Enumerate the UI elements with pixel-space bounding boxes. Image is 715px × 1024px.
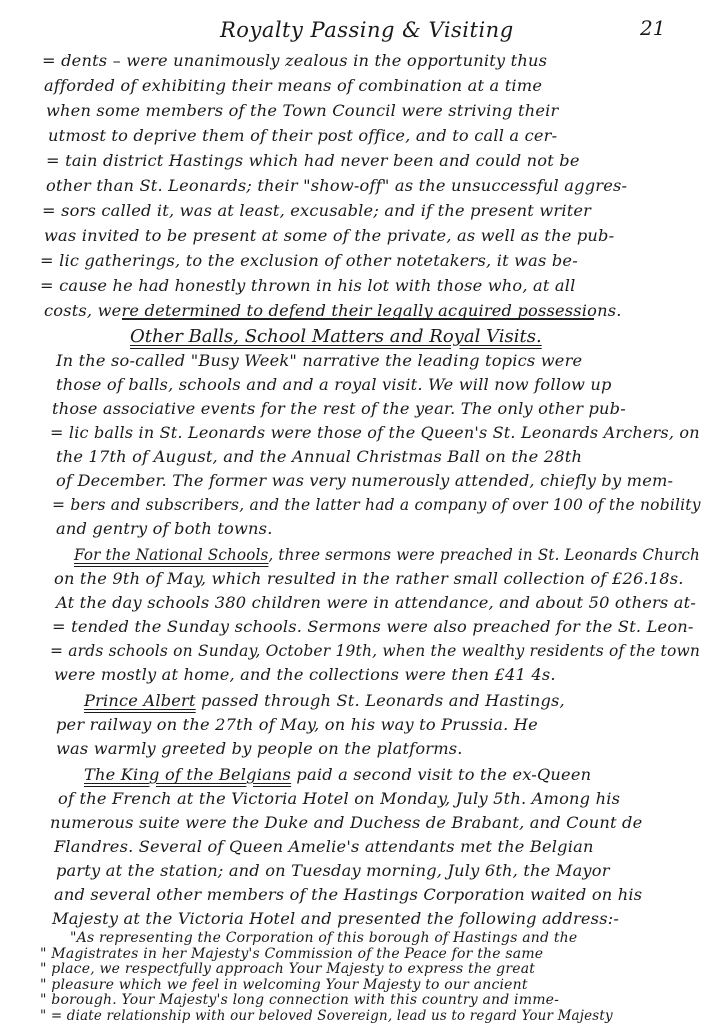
text-line: = tended the Sunday schools. Sermons wer… [52,616,694,638]
text-span: passed through St. Leonards and Hastings… [196,691,565,710]
text-line: utmost to deprive them of their post off… [48,125,557,147]
text-line: = lic gatherings, to the exclusion of ot… [40,250,578,272]
text-line: At the day schools 380 children were in … [56,592,696,614]
text-line: = lic balls in St. Leonards were those o… [50,422,700,444]
text-line: the 17th of August, and the Annual Chris… [56,446,582,468]
text-line: were mostly at home, and the collections… [54,664,556,686]
text-line: party at the station; and on Tuesday mor… [56,860,610,882]
text-line: Prince Albert passed through St. Leonard… [84,690,565,712]
underlined-lead: For the National Schools [74,545,268,564]
text-line: Flandres. Several of Queen Amelie's atte… [54,836,594,858]
text-line: = dents – were unanimously zealous in th… [42,50,547,72]
text-line: In the so-called "Busy Week" narrative t… [56,350,582,372]
text-line: per railway on the 27th of May, on his w… [56,714,538,736]
text-line: For the National Schools, three sermons … [74,544,700,566]
underlined-lead: The King of the Belgians [84,765,291,784]
text-line: of December. The former was very numerou… [56,470,673,492]
manuscript-page: Royalty Passing & Visiting 21 = dents – … [0,0,715,1024]
text-line: numerous suite were the Duke and Duchess… [50,812,642,834]
text-line: = ards schools on Sunday, October 19th, … [50,640,700,662]
text-line: and several other members of the Hasting… [54,884,642,906]
text-line: = sors called it, was at least, excusabl… [42,200,591,222]
section-divider [122,318,594,320]
text-line: = bers and subscribers, and the latter h… [52,494,701,516]
page-number: 21 [640,16,665,40]
text-line: = tain district Hastings which had never… [46,150,580,172]
text-line: was invited to be present at some of the… [44,225,614,247]
text-line: when some members of the Town Council we… [46,100,558,122]
text-line: "As representing the Corporation of this… [70,930,577,946]
text-line: other than St. Leonards; their "show-off… [46,175,627,197]
text-span: , three sermons were preached in St. Leo… [268,545,699,564]
text-line: was warmly greeted by people on the plat… [56,738,463,760]
text-line: Majesty at the Victoria Hotel and presen… [52,908,619,930]
underlined-lead: Prince Albert [84,691,196,710]
text-line: those of balls, schools and and a royal … [56,374,612,396]
text-line: " borough. Your Majesty's long connectio… [40,992,559,1008]
text-line: and gentry of both towns. [56,518,273,540]
text-line: " = diate relationship with our beloved … [40,1008,613,1024]
text-line: The King of the Belgians paid a second v… [84,764,591,786]
text-line: = cause he had honestly thrown in his lo… [40,275,576,297]
text-line: afforded of exhibiting their means of co… [44,75,542,97]
text-line: those associative events for the rest of… [52,398,626,420]
text-line: " pleasure which we feel in welcoming Yo… [40,977,528,993]
text-line: " Magistrates in her Majesty's Commissio… [40,946,543,962]
page-header: Royalty Passing & Visiting 21 [0,14,715,48]
page-title: Royalty Passing & Visiting [220,18,514,42]
text-line: of the French at the Victoria Hotel on M… [58,788,620,810]
text-line: " place, we respectfully approach Your M… [40,961,535,977]
text-span: paid a second visit to the ex-Queen [291,765,591,784]
text-line: on the 9th of May, which resulted in the… [54,568,684,590]
section-heading: Other Balls, School Matters and Royal Vi… [130,326,542,347]
